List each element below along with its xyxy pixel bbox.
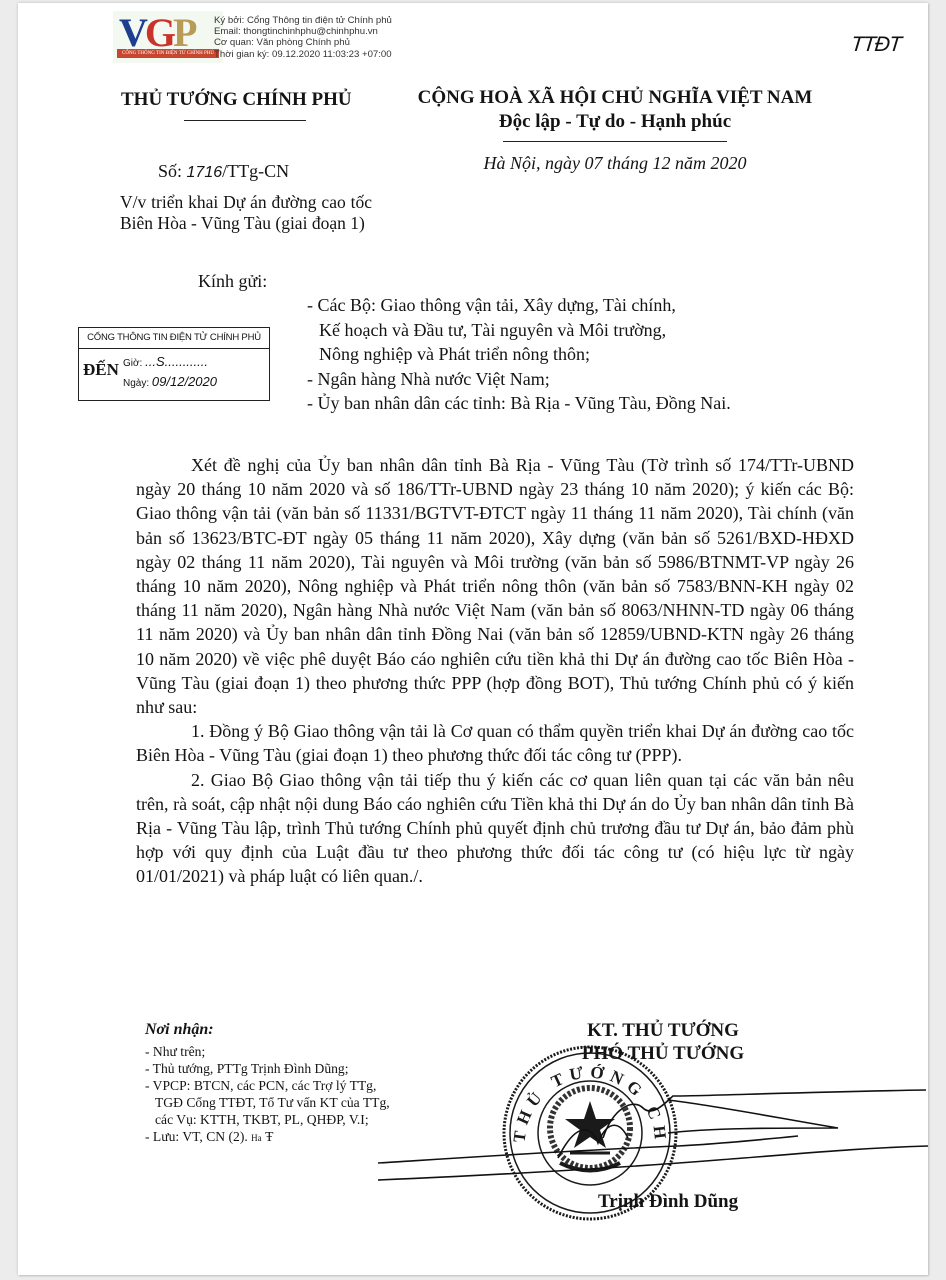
handwritten-signature-icon: [378, 1088, 938, 1198]
document-body: Xét đề nghị của Ủy ban nhân dân tỉnh Bà …: [136, 453, 854, 889]
body-paragraph: 1. Đồng ý Bộ Giao thông vận tải là Cơ qu…: [136, 719, 854, 767]
archive-initials: Ha: [251, 1133, 262, 1143]
document-subject: V/v triển khai Dự án đường cao tốc Biên …: [120, 192, 372, 234]
footer-recipient-item: - VPCP: BTCN, các PCN, các Trợ lý TTg,: [145, 1077, 390, 1094]
left-header-rule: [184, 120, 306, 121]
stamp-date: Ngày: 09/12/2020: [123, 374, 217, 389]
footer-recipient-item: - Như trên;: [145, 1043, 390, 1060]
recipient-item: Kế hoạch và Đầu tư, Tài nguyên và Môi tr…: [307, 318, 731, 343]
document-page: VGP CỔNG THÔNG TIN ĐIỆN TỬ CHÍNH PHỦ Ký …: [18, 3, 928, 1275]
stamp-date-value: 09/12/2020: [152, 374, 217, 389]
stamp-den-label: ĐẾN: [83, 360, 119, 380]
handwritten-mark: TTĐT: [850, 33, 902, 57]
stamp-title: CỔNG THÔNG TIN ĐIỆN TỬ CHÍNH PHỦ: [79, 328, 269, 349]
footer-recipient-item: - Lưu: VT, CN (2). Ha Ŧ: [145, 1128, 390, 1147]
recipient-item: - Các Bộ: Giao thông vận tải, Xây dựng, …: [307, 293, 731, 318]
national-motto: Độc lập - Tự do - Hạnh phúc: [386, 111, 844, 133]
doc-number-handwritten: 1716: [187, 164, 223, 181]
national-title: CỘNG HOÀ XÃ HỘI CHỦ NGHĨA VIỆT NAM: [386, 87, 844, 109]
footer-recipient-item: TGĐ Cổng TTĐT, Tổ Tư vấn KT của TTg,: [145, 1094, 390, 1111]
vgp-logo: VGP CỔNG THÔNG TIN ĐIỆN TỬ CHÍNH PHỦ: [113, 11, 223, 63]
signing-time: Thời gian ký: 09.12.2020 11:03:23 +07:00: [214, 49, 392, 60]
signing-agency: Cơ quan: Văn phòng Chính phủ: [214, 37, 392, 48]
signature-title: KT. THỦ TƯỚNG PHÓ THỦ TƯỚNG: [538, 1019, 788, 1065]
issuing-authority: THỦ TƯỚNG CHÍNH PHỦ: [121, 89, 352, 111]
signature-title-line2: PHÓ THỦ TƯỚNG: [538, 1042, 788, 1065]
recipients-list: - Các Bộ: Giao thông vận tải, Xây dựng, …: [307, 293, 731, 416]
signer-name: Trịnh Đình Dũng: [598, 1191, 738, 1213]
recipient-item: - Ngân hàng Nhà nước Việt Nam;: [307, 367, 731, 392]
digital-signature-info: Ký bởi: Cổng Thông tin điện tử Chính phủ…: [214, 15, 392, 60]
salutation: Kính gửi:: [198, 271, 267, 292]
stamp-time-value: ...S............: [145, 354, 208, 369]
archive-line: - Lưu: VT, CN (2).: [145, 1129, 248, 1144]
recipient-item: Nông nghiệp và Phát triển nông thôn;: [307, 342, 731, 367]
vgp-logo-band: CỔNG THÔNG TIN ĐIỆN TỬ CHÍNH PHỦ: [117, 49, 219, 58]
footer-recipient-item: các Vụ: KTTH, TKBT, PL, QHĐP, V.I;: [145, 1111, 390, 1128]
right-header-rule: [503, 141, 727, 142]
vgp-logo-letters: VGP: [119, 13, 194, 53]
recipients-footer-list: - Như trên; - Thủ tướng, PTTg Trịnh Đình…: [145, 1043, 390, 1147]
signed-by: Ký bởi: Cổng Thông tin điện tử Chính phủ: [214, 15, 392, 26]
body-paragraph: Xét đề nghị của Ủy ban nhân dân tỉnh Bà …: [136, 453, 854, 719]
document-date: Hà Nội, ngày 07 tháng 12 năm 2020: [386, 153, 844, 174]
receipt-stamp: CỔNG THÔNG TIN ĐIỆN TỬ CHÍNH PHỦ ĐẾN Giờ…: [78, 327, 270, 401]
recipient-item: - Ủy ban nhân dân các tỉnh: Bà Rịa - Vũn…: [307, 391, 731, 416]
stamp-date-label: Ngày:: [123, 378, 152, 389]
stamp-time-label: Giờ:: [123, 358, 145, 369]
doc-number-suffix: /TTg-CN: [222, 161, 289, 181]
recipients-footer-heading: Nơi nhận:: [145, 1021, 214, 1039]
signer-email: Email: thongtinchinhphu@chinhphu.vn: [214, 26, 392, 37]
doc-number-prefix: Số:: [158, 161, 187, 181]
archive-mark: Ŧ: [265, 1129, 273, 1144]
signature-title-line1: KT. THỦ TƯỚNG: [538, 1019, 788, 1042]
body-paragraph: 2. Giao Bộ Giao thông vận tải tiếp thu ý…: [136, 768, 854, 889]
document-number: Số: 1716/TTg-CN: [158, 161, 289, 182]
stamp-time: Giờ: ...S............: [123, 354, 208, 369]
footer-recipient-item: - Thủ tướng, PTTg Trịnh Đình Dũng;: [145, 1060, 390, 1077]
